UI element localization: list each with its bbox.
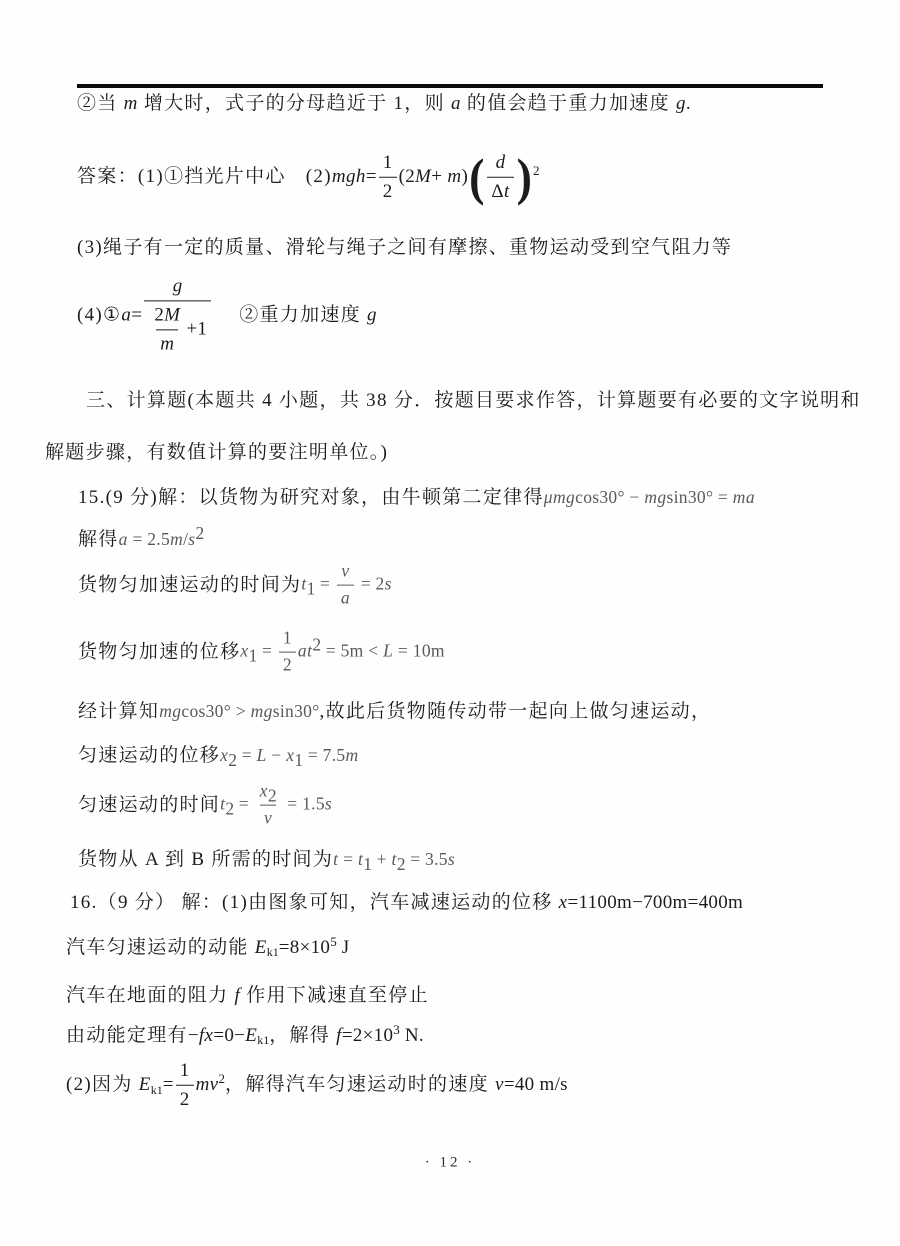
fraction-denominator: 2: [279, 652, 296, 677]
text-run: = 2.5: [128, 529, 170, 551]
fraction: 12: [176, 1059, 194, 1112]
text-run: 解得: [78, 528, 119, 552]
text-run: a: [451, 92, 461, 116]
text-run: =: [237, 745, 257, 767]
text-run: +: [372, 849, 392, 871]
text-run: = 3.5: [406, 849, 448, 871]
text-run: k1: [257, 1034, 269, 1049]
text-run: E: [245, 1024, 257, 1048]
text-run: 三、计算题(本题共 4 小题，共 38 分．按题目要求作答，计算题要有必要的文字…: [86, 389, 861, 413]
line-answer-3: (3)绳子有一定的质量、滑轮与绳子之间有摩擦、重物运动受到空气阻力等: [77, 236, 732, 260]
text-run: v: [341, 561, 349, 583]
line-answer-4: (4)①a=g2Mm+1②重力加速度 g: [77, 274, 377, 355]
fraction-numerator: g: [169, 274, 187, 300]
text-run: x: [559, 891, 568, 915]
text-run: 1: [249, 646, 258, 668]
big-bracket: ): [517, 154, 532, 200]
text-run: a: [119, 529, 128, 551]
text-run: 5: [330, 934, 337, 950]
text-run: 汽车在地面的阻力: [66, 984, 234, 1008]
text-run: 2: [268, 786, 277, 808]
fraction-numerator: 1: [379, 151, 397, 177]
text-run: ②重力加速度: [239, 303, 367, 327]
text-run: 2: [397, 854, 406, 876]
text-run: (4)①: [77, 303, 121, 327]
text-run: +: [431, 165, 447, 189]
text-run: =: [163, 1073, 174, 1097]
text-run: −: [267, 745, 287, 767]
text-run: 匀速运动的时间: [78, 793, 220, 817]
text-run: =0−: [213, 1024, 245, 1048]
line-q16-ek1: 汽车匀速运动的动能 Ek1=8×105 J: [66, 936, 349, 960]
text-run: 货物从 A 到 B 所需的时间为: [78, 848, 333, 872]
text-run: =2×10: [342, 1024, 393, 1048]
text-run: ，解得汽车匀速运动时的速度: [225, 1073, 495, 1097]
document-page: ②当 m 增大时，式子的分母趋近于 1，则 a 的值会趋于重力加速度 g.答案：…: [0, 0, 900, 1246]
fraction-numerator: x2: [256, 781, 281, 805]
fraction: 12: [279, 628, 296, 677]
horizontal-rule: [77, 84, 823, 88]
text-run: mg: [644, 487, 666, 509]
fraction-numerator: 2M: [150, 303, 184, 329]
text-run: =: [713, 487, 733, 509]
text-run: = 5m <: [321, 641, 383, 663]
text-run: =: [315, 574, 335, 596]
fraction: x2v: [256, 781, 281, 830]
text-run: s: [188, 529, 195, 551]
line-q15-uniform-note: 经计算知mgcos30° > mgsin30°,故此后货物随传动带一起向上做匀速…: [78, 700, 711, 724]
text-run: 作用下减速直至停止: [240, 984, 429, 1008]
text-run: = 2: [356, 574, 385, 596]
text-run: =: [366, 165, 377, 189]
fraction-numerator: 1: [279, 628, 296, 652]
text-run: =: [257, 641, 277, 663]
text-run: .: [686, 92, 692, 116]
line-q15-t2: 匀速运动的时间t2 = x2v = 1.5s: [78, 781, 332, 830]
fraction-denominator: m: [156, 329, 178, 356]
text-run: μmg: [544, 487, 575, 509]
text-run: =40 m/s: [504, 1073, 568, 1097]
fraction-denominator: a: [337, 585, 354, 610]
text-run: =: [131, 303, 142, 327]
text-run: cos30°: [181, 701, 231, 723]
text-run: k1: [151, 1083, 163, 1098]
text-run: >: [231, 701, 251, 723]
text-run: 货物匀加速的位移: [78, 640, 240, 664]
text-run: −: [188, 1024, 199, 1048]
fraction: va: [337, 561, 354, 610]
fraction-numerator: d: [492, 151, 510, 177]
text-run: sin30°: [273, 701, 320, 723]
fraction-denominator: 2: [379, 177, 397, 204]
text-run: 答案：(1)①挡光片中心: [77, 165, 286, 189]
text-run: mv: [196, 1073, 219, 1097]
text-run: =8×10: [279, 936, 330, 960]
text-run: k1: [267, 946, 279, 961]
text-run: m: [345, 745, 358, 767]
text-run: ,故此后货物随传动带一起向上做匀速运动，: [320, 700, 712, 724]
text-run: 货物匀加速运动的时间为: [78, 573, 301, 597]
line-q16-part1: 16.（9 分） 解：(1)由图象可知，汽车减速运动的位移 x=1100m−70…: [70, 891, 743, 915]
text-run: 经计算知: [78, 700, 159, 724]
fraction-denominator: Δt: [487, 177, 513, 204]
text-run: M: [415, 165, 431, 189]
text-run: (2)因为: [66, 1073, 139, 1097]
text-run: g: [367, 303, 377, 327]
fraction-denominator: 2: [176, 1085, 194, 1112]
text-run: g: [173, 274, 183, 298]
text-run: L: [257, 745, 267, 767]
text-run: 2: [383, 180, 393, 204]
text-run: Δ: [491, 180, 504, 204]
text-run: x: [260, 781, 268, 803]
text-run: t: [504, 180, 510, 204]
fraction-denominator: v: [260, 805, 276, 830]
text-run: mgh: [332, 165, 366, 189]
page-number: · 12 ·: [0, 1155, 900, 1172]
text-run: g: [676, 92, 686, 116]
line-q15-t1: 货物匀加速运动的时间为t1 = va = 2s: [78, 561, 392, 610]
text-run: J: [337, 936, 350, 960]
text-run: L: [383, 641, 393, 663]
text-run: E: [139, 1073, 151, 1097]
text-run: fx: [199, 1024, 214, 1048]
text-run: 3: [393, 1022, 400, 1038]
line-q16-work-energy: 由动能定理有−fx=0−Ek1，解得 f=2×103 N.: [66, 1024, 424, 1048]
text-run: a: [341, 588, 350, 610]
text-run: 2: [283, 655, 292, 677]
text-run: 2: [312, 635, 321, 657]
text-run: 2: [219, 1071, 226, 1087]
line-q14-part2-note: ②当 m 增大时，式子的分母趋近于 1，则 a 的值会趋于重力加速度 g.: [77, 92, 692, 116]
fraction-numerator: 1: [176, 1059, 194, 1085]
text-run: 1: [294, 750, 303, 772]
line-section3-header: 三、计算题(本题共 4 小题，共 38 分．按题目要求作答，计算题要有必要的文字…: [86, 389, 861, 413]
text-run: 汽车匀速运动的动能: [66, 936, 255, 960]
text-run: sin30°: [667, 487, 714, 509]
text-run: =: [234, 794, 254, 816]
text-run: 解题步骤，有数值计算的要注明单位。): [45, 441, 388, 465]
text-run: N.: [400, 1024, 424, 1048]
line-q15-solution: 15.(9 分)解：以货物为研究对象，由牛顿第二定律得μmgcos30° − m…: [78, 486, 755, 510]
text-run: (3)绳子有一定的质量、滑轮与绳子之间有摩擦、重物运动受到空气阻力等: [77, 236, 732, 260]
line-q16-part2: (2)因为 Ek1=12mv2，解得汽车匀速运动时的速度 v=40 m/s: [66, 1059, 568, 1112]
text-run: 匀速运动的位移: [78, 744, 220, 768]
text-run: 2: [225, 799, 234, 821]
text-run: 2: [228, 750, 237, 772]
text-run: v: [264, 808, 272, 830]
text-run: ②当: [77, 92, 124, 116]
text-run: (2): [306, 165, 332, 189]
line-q15-x1: 货物匀加速的位移x1 = 12at2 = 5m < L = 10m: [78, 628, 445, 677]
fraction-denominator: 2Mm+1: [144, 300, 211, 356]
text-run: 的值会趋于重力加速度: [461, 92, 676, 116]
text-run: ): [461, 165, 468, 189]
text-run: M: [164, 303, 180, 327]
fraction: g2Mm+1: [144, 274, 211, 355]
text-run: m: [447, 165, 461, 189]
text-run: ，解得: [269, 1024, 336, 1048]
text-run: 1: [283, 628, 292, 650]
text-run: 增大时，式子的分母趋近于 1，则: [138, 92, 451, 116]
line-answer-1-2: 答案：(1)①挡光片中心(2)mgh=12(2M+ m)(dΔt)2: [77, 151, 539, 204]
text-run: 2: [196, 523, 205, 545]
text-run: x: [286, 745, 294, 767]
text-run: cos30°: [575, 487, 625, 509]
text-run: 16.（9 分） 解：(1)由图象可知，汽车减速运动的位移: [70, 891, 559, 915]
text-run: mg: [159, 701, 181, 723]
text-run: 1: [363, 854, 372, 876]
line-section3-header-cont: 解题步骤，有数值计算的要注明单位。): [45, 441, 388, 465]
text-run: m: [170, 529, 183, 551]
spacer: [286, 177, 306, 178]
text-run: 2: [180, 1088, 190, 1112]
text-run: =1100m−700m=400m: [568, 891, 744, 915]
fraction-numerator: v: [337, 561, 353, 585]
text-run: v: [495, 1073, 504, 1097]
text-run: m: [124, 92, 138, 116]
text-run: m: [160, 332, 174, 356]
text-run: 15.(9 分)解：以货物为研究对象，由牛顿第二定律得: [78, 486, 544, 510]
line-q15-total-time: 货物从 A 到 B 所需的时间为t = t1 + t2 = 3.5s: [78, 848, 455, 872]
fraction: dΔt: [487, 151, 513, 204]
text-run: x: [240, 641, 248, 663]
text-run: s: [325, 794, 332, 816]
text-run: 1: [307, 579, 316, 601]
text-run: 由动能定理有: [66, 1024, 188, 1048]
text-run: = 7.5: [303, 745, 345, 767]
text-run: ma: [733, 487, 755, 509]
text-run: d: [496, 151, 506, 175]
line-q15-a: 解得a = 2.5m/s2: [78, 528, 204, 552]
text-run: s: [448, 849, 455, 871]
text-run: mg: [251, 701, 273, 723]
text-run: E: [255, 936, 267, 960]
text-run: 2: [154, 303, 164, 327]
text-run: a: [121, 303, 131, 327]
text-run: =: [338, 849, 358, 871]
text-run: = 1.5: [283, 794, 325, 816]
text-run: 1: [180, 1059, 190, 1083]
text-run: x: [220, 745, 228, 767]
text-run: = 10m: [393, 641, 445, 663]
text-run: (2: [399, 165, 415, 189]
text-run: −: [625, 487, 645, 509]
line-q15-x2: 匀速运动的位移x2 = L − x1 = 7.5m: [78, 744, 359, 768]
text-run: 2: [533, 163, 540, 179]
fraction: 12: [379, 151, 397, 204]
line-q16-friction-note: 汽车在地面的阻力 f 作用下减速直至停止: [66, 984, 429, 1008]
fraction: 2Mm: [150, 303, 184, 356]
text-run: +1: [186, 318, 207, 342]
big-bracket: (: [469, 154, 484, 200]
text-run: 1: [383, 151, 393, 175]
spacer: [213, 315, 239, 316]
text-run: s: [385, 574, 392, 596]
text-run: at: [298, 641, 312, 663]
